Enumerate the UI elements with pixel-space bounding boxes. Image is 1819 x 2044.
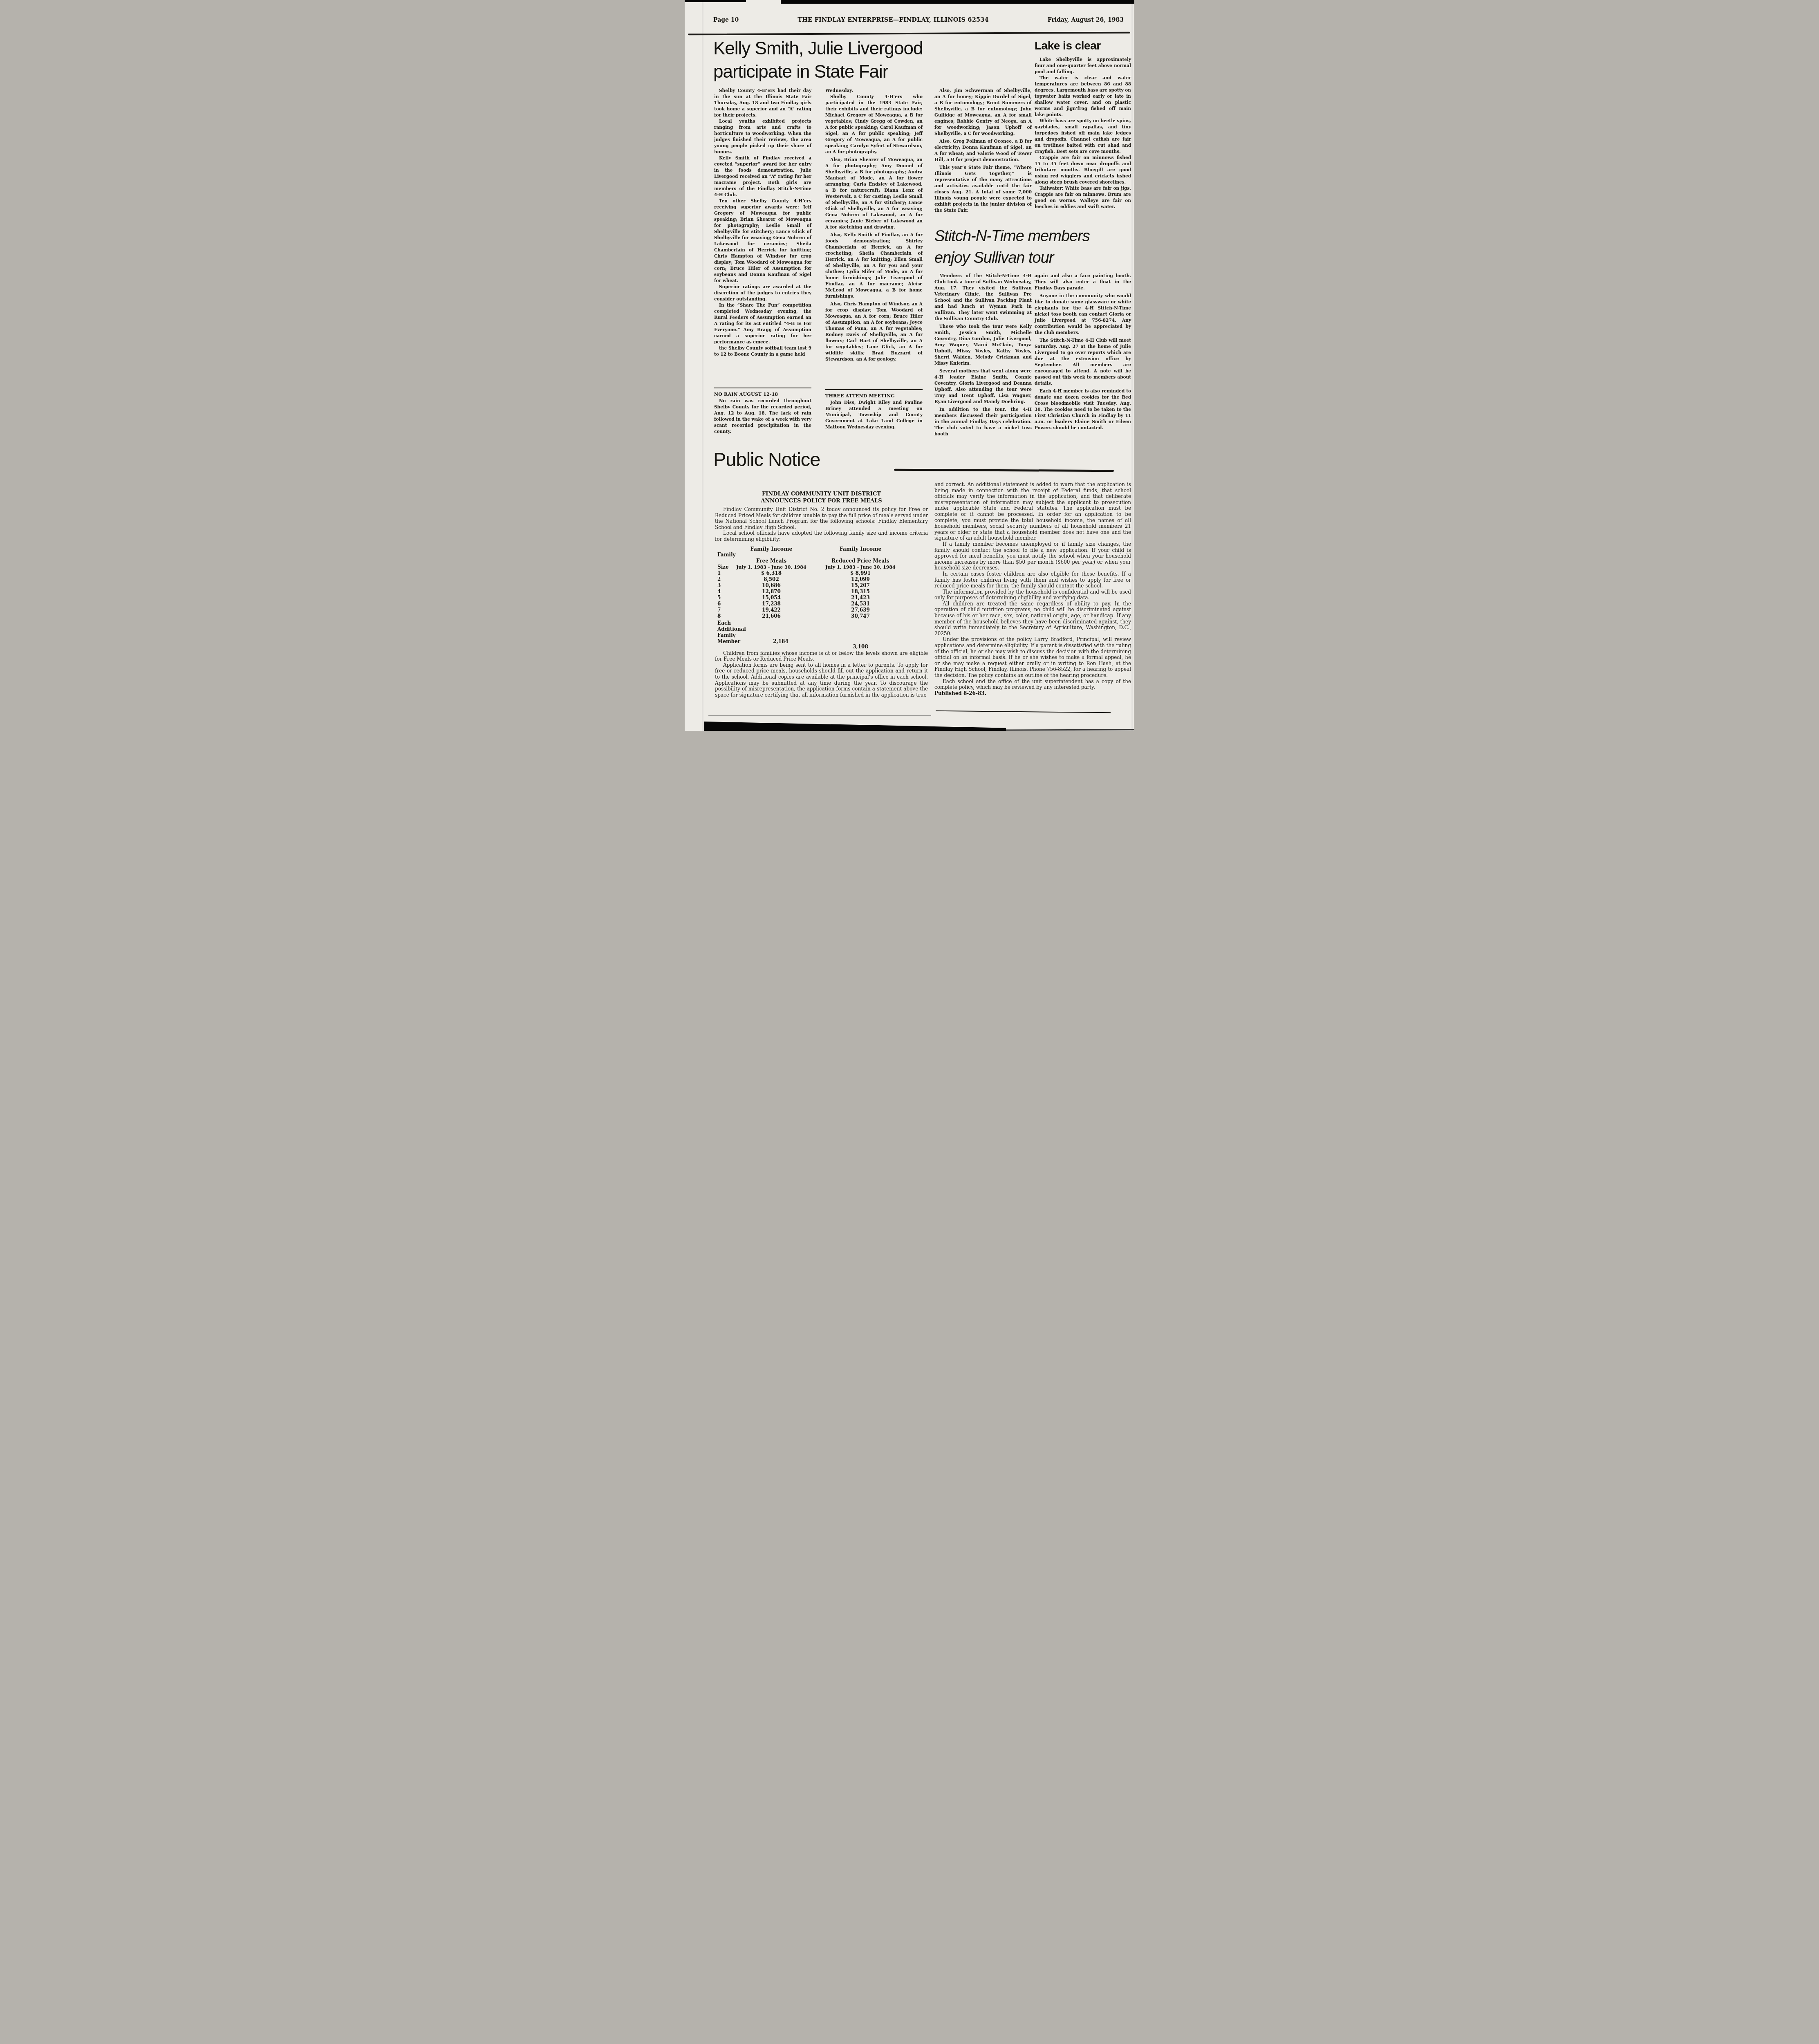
reduced-meals-cell: 27,639 — [811, 607, 909, 613]
table-header-row: Family Income Family Income — [715, 546, 928, 552]
no-rain-brief: NO RAIN AUGUST 12-18 No rain was recorde… — [714, 392, 811, 435]
column-separator — [714, 388, 811, 388]
lake-article: Lake is clear Lake Shelbyville is approx… — [1035, 39, 1131, 210]
table-cell — [715, 546, 731, 552]
header-rule — [688, 32, 1130, 36]
article-paragraph: again and also a face painting booth. Th… — [1035, 273, 1131, 291]
public-notice-rule — [894, 469, 1114, 472]
article-paragraph: In addition to the tour, the 4-H members… — [934, 407, 1032, 437]
page-date: Friday, August 26, 1983 — [1048, 17, 1124, 23]
state-fair-col2: Wednesday. Shelby County 4-H’ers who par… — [825, 88, 923, 363]
scan-artifact-top-bar — [781, 0, 1134, 4]
reduced-meals-cell: 18,315 — [811, 589, 909, 595]
income-criteria-table: Family Income Family Income Family Free … — [715, 546, 928, 645]
family-size-cell: 5 — [715, 595, 731, 601]
free-meals-cell: 8,502 — [731, 576, 811, 583]
article-paragraph: the Shelby County softball team lost 9 t… — [714, 345, 811, 358]
family-size-cell: 8 — [715, 613, 731, 619]
article-paragraph: The Stitch-N-Time 4-H Club will meet Sat… — [1035, 338, 1131, 387]
table-cell: Family Income — [811, 546, 909, 552]
table-cell: Size — [715, 564, 731, 570]
article-paragraph: Shelby County 4-H’ers who participated i… — [825, 94, 923, 155]
stitch-col2: again and also a face painting booth. Th… — [1035, 273, 1131, 431]
scan-artifact-bottom-wedge — [704, 719, 1006, 731]
article-paragraph: Anyone in the community who would like t… — [1035, 293, 1131, 336]
table-header-row: Family — [715, 552, 928, 558]
article-paragraph: Tailwater: White bass are fair on jigs. … — [1035, 186, 1131, 210]
article-paragraph: Shelby County 4-H’ers had their day in t… — [714, 88, 811, 119]
notice-paragraph: Children from families whose income is a… — [715, 650, 928, 662]
table-cell: July 1, 1983 - June 30, 1984 — [811, 564, 909, 570]
notice-paragraph: Under the provisions of the policy Larry… — [934, 637, 1131, 678]
scan-streak-left — [702, 0, 703, 731]
table-row: 2 8,502 12,099 — [715, 576, 928, 583]
notice-paragraph: Findlay Community Unit District No. 2 to… — [715, 507, 928, 530]
table-row-each-additional: Each Additional Family Member 2,184 3,10… — [715, 620, 928, 645]
article-paragraph: No rain was recorded throughout Shelby C… — [714, 398, 811, 435]
stitch-headline: Stitch-N-Time members enjoy Sullivan tou… — [934, 226, 1127, 269]
family-size-cell: 4 — [715, 589, 731, 595]
each-additional-line: Member — [717, 639, 750, 645]
bottom-right-rule — [936, 710, 1111, 713]
masthead: THE FINDLAY ENTERPRISE—FINDLAY, ILLINOIS… — [797, 16, 989, 23]
article-paragraph: Members of the Stitch-N-Time 4-H Club to… — [934, 273, 1032, 322]
column-separator — [825, 389, 923, 390]
article-paragraph: White bass are spotty on beetle spins, g… — [1035, 118, 1131, 155]
notice-paragraph: All children are treated the same regard… — [934, 601, 1131, 637]
free-meals-cell: 19,422 — [731, 607, 811, 613]
newspaper-page: Page 10 THE FINDLAY ENTERPRISE—FINDLAY, … — [685, 0, 1134, 731]
table-cell — [750, 552, 811, 558]
article-paragraph: In the “Share The Fun” competition compl… — [714, 303, 811, 345]
article-paragraph: Each 4-H member is also reminded to dona… — [1035, 388, 1131, 431]
published-date: Published 8-26-83. — [934, 690, 1131, 697]
notice-paragraph: If a family member becomes unemployed or… — [934, 541, 1131, 571]
each-additional-line: Additional — [717, 626, 750, 632]
family-size-cell: 2 — [715, 576, 731, 583]
article-paragraph: Also, Jim Schwerman of Shelbyville, an A… — [934, 88, 1032, 137]
public-notice-right-column: and correct. An additional statement is … — [934, 482, 1131, 697]
family-size-cell: 6 — [715, 601, 731, 607]
article-paragraph: Also, Chris Hampton of Windsor, an A for… — [825, 301, 923, 363]
table-row: 8 21,606 30,747 — [715, 613, 928, 619]
table-cell — [715, 558, 731, 564]
free-meals-cell: 17,238 — [731, 601, 811, 607]
article-paragraph: The water is clear and water temperature… — [1035, 75, 1131, 118]
reduced-meals-cell: 12,099 — [811, 576, 909, 583]
reduced-meals-cell: 21,423 — [811, 595, 909, 601]
notice-paragraph: Each school and the office of the unit s… — [934, 679, 1131, 690]
free-meals-cell: 2,184 — [750, 639, 811, 645]
bottom-left-rule — [708, 715, 931, 716]
lake-headline: Lake is clear — [1035, 39, 1131, 52]
scan-artifact-bottom-line — [1004, 729, 1134, 731]
free-meals-cell: 12,870 — [731, 589, 811, 595]
family-size-cell: 1 — [715, 570, 731, 576]
table-cell: Family — [715, 552, 750, 558]
notice-paragraph: Local school officials have adopted the … — [715, 530, 928, 542]
table-row: 3 10,686 15,207 — [715, 583, 928, 589]
reduced-meals-cell: 15,207 — [811, 583, 909, 589]
reduced-meals-cell: 24,531 — [811, 601, 909, 607]
table-row: 6 17,238 24,531 — [715, 601, 928, 607]
notice-paragraph: In certain cases foster children are als… — [934, 571, 1131, 589]
state-fair-col3: Also, Jim Schwerman of Shelbyville, an A… — [934, 88, 1032, 214]
article-paragraph: Also, Kelly Smith of Findlay, an A for f… — [825, 232, 923, 300]
notice-paragraph: Application forms are being sent to all … — [715, 662, 928, 698]
reduced-meals-cell: $ 8,991 — [811, 570, 909, 576]
article-paragraph: Ten other Shelby County 4-H’ers receivin… — [714, 198, 811, 284]
article-paragraph: Wednesday. — [825, 88, 923, 94]
article-paragraph: Superior ratings are awarded at the disc… — [714, 284, 811, 303]
article-paragraph: Also, Brian Shearer of Moweaqua, an A fo… — [825, 157, 923, 231]
page-header: Page 10 THE FINDLAY ENTERPRISE—FINDLAY, … — [713, 16, 1124, 23]
table-header-row: Free Meals Reduced Price Meals — [715, 558, 928, 564]
table-row: 4 12,870 18,315 — [715, 589, 928, 595]
public-notice-headline: Public Notice — [713, 448, 820, 471]
article-paragraph: John Diss, Dwight Riley and Pauline Brin… — [825, 400, 923, 430]
brief-heading: THREE ATTEND MEETING — [825, 393, 923, 399]
scan-artifact-top-left — [685, 0, 746, 2]
article-paragraph: Crappie are fair on minnows fished 15 to… — [1035, 155, 1131, 186]
article-paragraph: Also, Greg Pollman of Oconee, a B for el… — [934, 139, 1032, 163]
scan-streak-right — [1131, 0, 1133, 731]
state-fair-headline: Kelly Smith, Julie Livergood participate… — [713, 37, 977, 83]
free-meals-cell: $ 6,318 — [731, 570, 811, 576]
article-paragraph: This year’s State Fair theme, “Where Ill… — [934, 165, 1032, 214]
article-paragraph: Kelly Smith of Findlay received a covete… — [714, 155, 811, 198]
table-cell: Reduced Price Meals — [811, 558, 909, 564]
table-cell: July 1, 1983 - June 30, 1984 — [731, 564, 811, 570]
free-meals-cell: 21,606 — [731, 613, 811, 619]
table-row: 5 15,054 21,423 — [715, 595, 928, 601]
article-paragraph: Those who took the tour were Kelly Smith… — [934, 324, 1032, 367]
each-additional-line: Each — [717, 620, 750, 626]
brief-heading: NO RAIN AUGUST 12-18 — [714, 392, 811, 397]
family-size-cell: 3 — [715, 583, 731, 589]
notice-paragraph: and correct. An additional statement is … — [934, 482, 1131, 541]
each-additional-line: Family — [717, 632, 750, 639]
table-cell — [811, 552, 909, 558]
table-cell: Free Meals — [731, 558, 811, 564]
table-header-row: Size July 1, 1983 - June 30, 1984 July 1… — [715, 564, 928, 570]
article-paragraph: Several mothers that went along were 4-H… — [934, 368, 1032, 405]
notice-paragraph: The information provided by the househol… — [934, 589, 1131, 601]
stitch-col1: Members of the Stitch-N-Time 4-H Club to… — [934, 273, 1032, 437]
reduced-meals-value: 3,108 — [853, 644, 868, 650]
notice-subhead: FINDLAY COMMUNITY UNIT DISTRICT — [715, 491, 928, 498]
meeting-brief: THREE ATTEND MEETING John Diss, Dwight R… — [825, 393, 923, 430]
family-size-cell: Each Additional Family Member — [715, 620, 750, 645]
state-fair-col1: Shelby County 4-H’ers had their day in t… — [714, 88, 811, 358]
article-paragraph: Local youths exhibited projects ranging … — [714, 119, 811, 155]
free-meals-cell: 10,686 — [731, 583, 811, 589]
public-notice-left-column: FINDLAY COMMUNITY UNIT DISTRICT ANNOUNCE… — [715, 491, 928, 698]
table-row: 7 19,422 27,639 — [715, 607, 928, 613]
reduced-meals-cell: 30,747 — [811, 613, 909, 619]
table-cell: Family Income — [731, 546, 811, 552]
notice-subhead: ANNOUNCES POLICY FOR FREE MEALS — [715, 498, 928, 504]
reduced-meals-cell: 3,108 — [811, 639, 909, 645]
family-size-cell: 7 — [715, 607, 731, 613]
free-meals-cell: 15,054 — [731, 595, 811, 601]
article-paragraph: Lake Shelbyville is approximately four a… — [1035, 57, 1131, 75]
table-row: 1 $ 6,318 $ 8,991 — [715, 570, 928, 576]
page-number: Page 10 — [713, 17, 739, 23]
